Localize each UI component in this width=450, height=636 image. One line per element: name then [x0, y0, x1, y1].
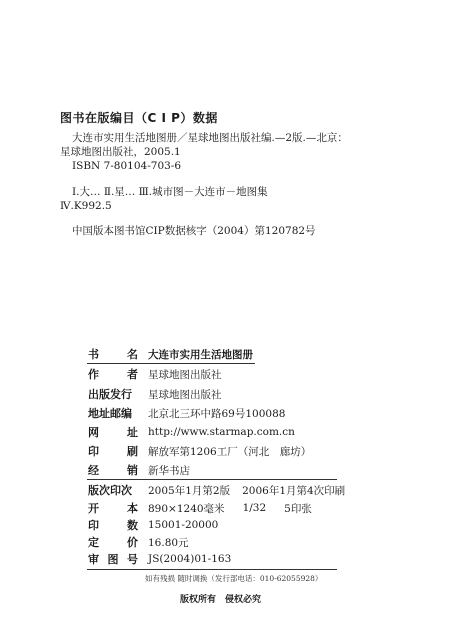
printing: 2006年1月第4次印刷 — [242, 483, 345, 498]
print-run: 15001-20000 — [148, 519, 218, 531]
price: 16.80元 — [148, 535, 189, 550]
row-map-review: 审图号 JS(2004)01-163 — [88, 551, 231, 567]
address: 北京北三环中路69号100088 — [148, 406, 285, 421]
rule-bottom — [87, 569, 337, 570]
row-address: 地址邮编 北京北三环中路69号100088 — [88, 405, 285, 421]
author: 星球地图出版社 — [148, 367, 222, 382]
cip-line-2: 星球地图出版社，2005.1 — [60, 145, 181, 159]
row-print-run: 印数 15001-20000 — [88, 517, 218, 533]
replacement-notice: 如有残损 随时调换（发行部电话：010-62055928） — [145, 573, 322, 584]
row-price: 定价 16.80元 — [88, 534, 189, 550]
distributor: 新华书店 — [148, 463, 190, 478]
row-publisher: 出版发行 星球地图出版社 — [88, 386, 222, 402]
cip-number: 中国版本图书馆CIP数据核字（2004）第120782号 — [72, 224, 316, 238]
printer: 解放军第1206工厂（河北 廊坊） — [148, 444, 311, 459]
copyright-notice: 版权所有 侵权必究 — [180, 592, 261, 605]
row-distributor: 经销 新华书店 — [88, 462, 190, 478]
book-title: 大连市实用生活地图册 — [148, 347, 253, 362]
row-author: 作者 星球地图出版社 — [88, 366, 222, 382]
sheets: 5印张 — [284, 501, 312, 516]
row-title: 书名 大连市实用生活地图册 — [88, 346, 253, 362]
row-website: 网址 http://www.starmap.com.cn — [88, 424, 295, 440]
cip-classification-2: Ⅳ.K992.5 — [60, 199, 112, 213]
edition: 2005年1月第2版 — [148, 483, 230, 498]
map-review-number: JS(2004)01-163 — [148, 553, 231, 565]
format: 890×1240毫米 — [148, 501, 225, 516]
website-link[interactable]: http://www.starmap.com.cn — [148, 426, 295, 438]
cip-title: 图书在版编目（C I P）数据 — [60, 109, 218, 126]
publisher: 星球地图出版社 — [148, 387, 222, 402]
cip-classification-1: Ⅰ.大… Ⅱ.星… Ⅲ.城市图－大连市－地图集 — [72, 185, 268, 199]
row-format: 开本 890×1240毫米 1/32 5印张 — [88, 500, 312, 516]
row-printer: 印刷 解放军第1206工厂（河北 廊坊） — [88, 443, 311, 459]
cip-line-1: 大连市实用生活地图册／星球地图出版社编.—2版.—北京： — [72, 131, 348, 145]
rule-top — [87, 363, 255, 364]
label: 书名 — [88, 346, 138, 362]
format-fraction: 1/32 — [243, 502, 267, 514]
rule-middle — [87, 479, 337, 480]
row-edition: 版次印次 2005年1月第2版 2006年1月第4次印刷 — [88, 482, 345, 498]
cip-isbn: ISBN 7-80104-703-6 — [72, 159, 181, 173]
